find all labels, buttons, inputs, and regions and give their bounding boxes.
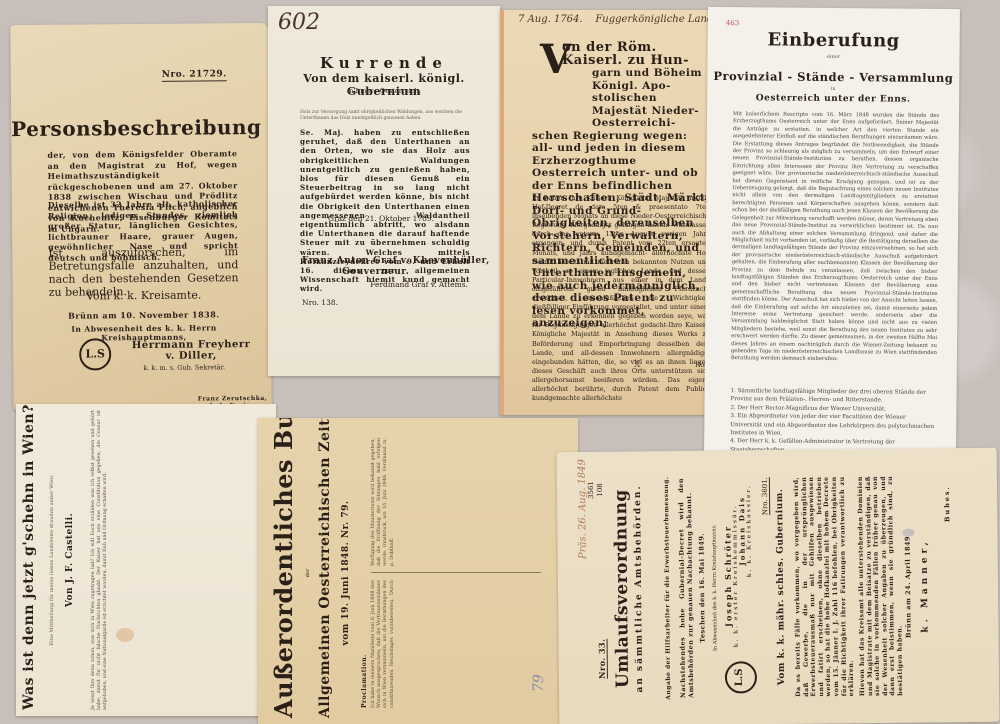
handwritten-note: Fuggerkönigliche Landstände — [595, 14, 714, 25]
document-body: Ja wisst Ihrs denn schon, was sich in Wi… — [91, 410, 110, 710]
reference-number-top: 3561 — [587, 481, 596, 499]
document-title: Umlaufsverordnung — [611, 459, 634, 719]
document-einberufung: 463 Einberufung einer Provinzial - Ständ… — [704, 7, 960, 457]
inner-heading: Vom k. k. mähr. schles. Gubernium. — [775, 457, 788, 717]
inner-body: Hievon hat das Kreisamt alle unterstehen… — [857, 476, 905, 696]
document-body: Ich habe in meinem Manifeste vom 6. Juni… — [371, 438, 541, 708]
document-title: Was ist denn jetzt g'schehn in Wien? — [21, 410, 37, 710]
inner-date: Brünn am 24. April 1849. — [903, 456, 914, 716]
signer-title: k. k. Kreiskassier. — [746, 484, 754, 577]
connector-word: in — [707, 85, 959, 93]
document-title: Personsbeschreibung — [11, 115, 239, 141]
section-heading: Proclamation. — [361, 654, 368, 708]
issuing-office: Vom k. k. Kreisamte. — [49, 288, 239, 303]
corner-mark: 463 — [726, 19, 739, 27]
document-title: Einberufung — [708, 29, 960, 52]
newspaper-name: Allgemeinen Oesterreichischen Zeitung — [317, 428, 333, 718]
document-body: Nachstehendes hohe Gubernial-Decret wird… — [677, 478, 695, 698]
document-personsbeschreibung: Nro. 21729. Personsbeschreibung der, von… — [10, 23, 271, 410]
seal-stamp-icon: L.S — [725, 661, 757, 693]
absence-note: In Abwesenheit des k. k. Herrn Kreishaup… — [711, 458, 720, 718]
connector-word: einer — [708, 53, 960, 61]
rotated-content: Präs. 26. Aug. 1849 Nro. 33. 3561 108 Um… — [567, 455, 990, 719]
enumerated-list: 1. Sämmtliche landtagsfähige Mitglieder … — [730, 387, 937, 456]
seal-stamp-icon: L.S — [79, 338, 111, 370]
document-ausserordentliches-bulletin: Außerordentliches Bulletin der Allgemein… — [258, 418, 578, 724]
document-number: Nro. 138. — [302, 298, 338, 307]
signer-name: Franz Anton Graf v. Khevenhüller, — [302, 256, 490, 267]
signer-title: k. k. m. s. Gub. Sekretär. — [143, 363, 225, 372]
heading-line: stolischen Majestät Nieder-Oesterreichi- — [532, 92, 710, 130]
handwritten-number: 79 — [531, 674, 547, 692]
footer-mark: X — [634, 360, 640, 370]
document-number: Nro. 33. — [597, 639, 608, 679]
rotated-content: Außerordentliches Bulletin der Allgemein… — [263, 428, 553, 718]
inner-document-number: Nro. 3601. — [761, 477, 770, 515]
inner-signer: k. Manner, — [919, 455, 932, 715]
document-umlaufsverordnung: Präs. 26. Aug. 1849 Nro. 33. 3561 108 Um… — [557, 448, 1000, 724]
handwritten-date: 7 Aug. 1764. — [518, 14, 583, 25]
document-kurrende: 602 Kurrende Von dem kaiserl. königl. Gu… — [268, 6, 500, 376]
signer-name: Herrmann Freyherr v. Diller, — [131, 339, 251, 362]
document-place: in Inner - Oesterreich. — [268, 87, 500, 95]
handwritten-annotation: Präs. 26. Aug. 1849 — [577, 459, 589, 559]
inner-body: Da es bereits Fälle vorkommen, wo vorgeg… — [793, 476, 856, 697]
stain-mark — [116, 628, 134, 642]
document-author: Von J. F. Castelli. — [65, 410, 75, 710]
list-item: 1. Sämmtliche landtagsfähige Mitglieder … — [730, 387, 936, 406]
document-body: Es haben Ihre Kaiserl. Königliche Majest… — [532, 194, 710, 403]
document-summary: Holz zur Versorgung samt obrigkeitlichen… — [300, 110, 470, 121]
document-subtitle: Eine Mittheilung für meine lieben Landsl… — [49, 410, 55, 710]
document-region: Oesterreich unter der Enns. — [707, 93, 959, 105]
document-subject: Angabe der Hilfsarbeiter für die Erwerbs… — [663, 458, 673, 718]
signer-block: Johann Dais k. k. Kreiskassier. — [737, 484, 754, 577]
document-patent-1764: 7 Aug. 1764. Fuggerkönigliche Landstände… — [500, 10, 714, 415]
document-number: Nro. 21729. — [162, 69, 227, 82]
handwritten-annotation: 7 Aug. 1764. Fuggerkönigliche Landstände — [518, 14, 714, 25]
issue-date: Graz den 21. Oktober 1789. — [328, 214, 434, 223]
document-heading: Provinzial - Stände - Versammlung — [707, 69, 959, 85]
handwritten-number: 602 — [278, 10, 320, 35]
decorative-initial: V — [540, 40, 572, 80]
second-signer: Ferdinand Graf v. Attems. — [370, 280, 468, 289]
document-was-ist-denn-jetzt: Was ist denn jetzt g'schehn in Wien? Ein… — [16, 404, 276, 716]
document-body: Mit kaiserlichem Rescripte vom 16. März … — [731, 111, 939, 365]
issue-date: Teschen den 16. Mai 1849. — [697, 458, 708, 718]
issue-date: Brünn am 10. November 1838. — [49, 309, 239, 321]
document-title: Kurrende — [268, 54, 500, 72]
document-subtitle: an sämmtliche Amtsbehörden. — [633, 458, 646, 718]
reference-number-bottom: 108 — [596, 481, 605, 499]
list-item: 3. Ein Abgeordneter von jeder der vier F… — [730, 412, 936, 439]
reference-number: 3561 108 — [587, 481, 605, 499]
connector-word: der — [305, 428, 311, 718]
signer-title: Gouverneur. — [302, 267, 490, 278]
signature-block: Franz Anton Graf v. Khevenhüller, Gouver… — [302, 256, 490, 278]
inner-signer-secondary: Bubes. — [943, 485, 951, 522]
document-title: Außerordentliches Bulletin — [269, 428, 298, 718]
rotated-content: Was ist denn jetzt g'schehn in Wien? Ein… — [21, 410, 271, 710]
issue-date: vom 19. Juni 1848. Nr. 79. — [341, 428, 351, 718]
